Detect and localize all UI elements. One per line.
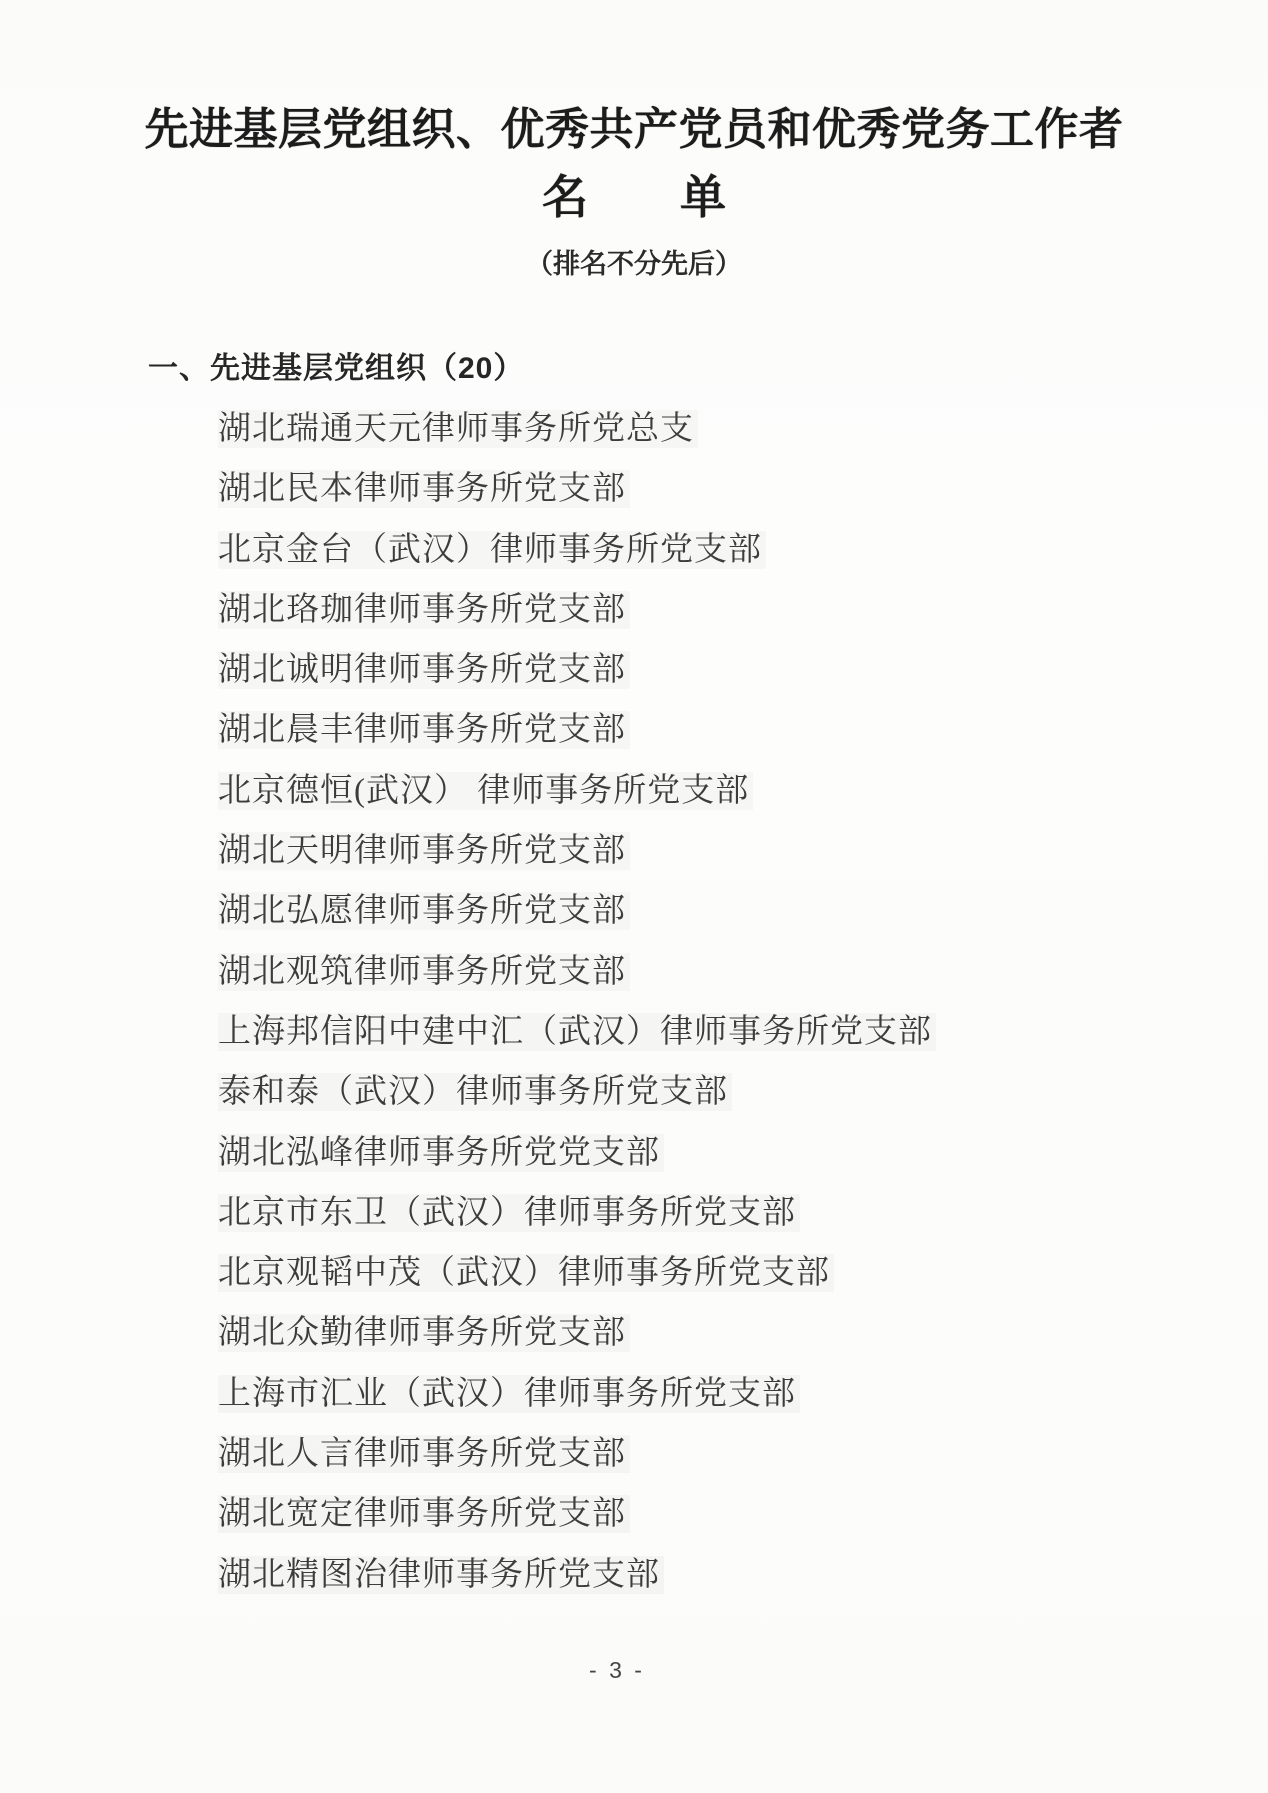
organization-list-item: 湖北民本律师事务所党支部 bbox=[218, 459, 936, 519]
organization-name: 湖北观筑律师事务所党支部 bbox=[218, 953, 630, 991]
section-heading: 一、先进基层党组织（20） bbox=[148, 348, 524, 390]
organization-list-item: 湖北人言律师事务所党支部 bbox=[218, 1424, 936, 1484]
organization-list-item: 北京观韬中茂（武汉）律师事务所党支部 bbox=[218, 1243, 936, 1303]
organization-name: 湖北天明律师事务所党支部 bbox=[218, 832, 630, 870]
organization-list-item: 湖北晨丰律师事务所党支部 bbox=[218, 700, 936, 760]
organization-name: 湖北弘愿律师事务所党支部 bbox=[218, 892, 630, 930]
organization-list-item: 湖北精图治律师事务所党支部 bbox=[218, 1545, 936, 1605]
organization-name: 湖北泓峰律师事务所党党支部 bbox=[218, 1134, 664, 1172]
organization-list: 湖北瑞通天元律师事务所党总支湖北民本律师事务所党支部北京金台（武汉）律师事务所党… bbox=[218, 399, 936, 1605]
organization-name: 湖北民本律师事务所党支部 bbox=[218, 470, 630, 508]
organization-list-item: 北京市东卫（武汉）律师事务所党支部 bbox=[218, 1183, 936, 1243]
organization-list-item: 湖北泓峰律师事务所党党支部 bbox=[218, 1123, 936, 1183]
organization-list-item: 湖北观筑律师事务所党支部 bbox=[218, 942, 936, 1002]
organization-name: 湖北晨丰律师事务所党支部 bbox=[218, 711, 630, 749]
document-page: 先进基层党组织、优秀共产党员和优秀党务工作者 名 单 （排名不分先后） 一、先进… bbox=[0, 0, 1268, 1793]
organization-name: 湖北瑞通天元律师事务所党总支 bbox=[218, 410, 698, 448]
organization-list-item: 湖北天明律师事务所党支部 bbox=[218, 821, 936, 881]
organization-name: 上海市汇业（武汉）律师事务所党支部 bbox=[218, 1375, 800, 1413]
organization-list-item: 北京德恒(武汉） 律师事务所党支部 bbox=[218, 761, 936, 821]
organization-list-item: 湖北弘愿律师事务所党支部 bbox=[218, 881, 936, 941]
organization-name: 湖北人言律师事务所党支部 bbox=[218, 1435, 630, 1473]
organization-list-item: 湖北宽定律师事务所党支部 bbox=[218, 1484, 936, 1544]
organization-list-item: 湖北瑞通天元律师事务所党总支 bbox=[218, 399, 936, 459]
ranking-note: （排名不分先后） bbox=[0, 244, 1268, 284]
organization-name: 北京市东卫（武汉）律师事务所党支部 bbox=[218, 1194, 800, 1232]
organization-name: 湖北珞珈律师事务所党支部 bbox=[218, 591, 630, 629]
document-title-line2: 名 单 bbox=[0, 170, 1268, 226]
organization-name: 北京金台（武汉）律师事务所党支部 bbox=[218, 531, 766, 569]
organization-name: 湖北众勤律师事务所党支部 bbox=[218, 1314, 630, 1352]
organization-list-item: 湖北珞珈律师事务所党支部 bbox=[218, 580, 936, 640]
organization-name: 北京德恒(武汉） 律师事务所党支部 bbox=[218, 772, 753, 810]
document-title: 先进基层党组织、优秀共产党员和优秀党务工作者 bbox=[0, 100, 1268, 160]
organization-list-item: 上海邦信阳中建中汇（武汉）律师事务所党支部 bbox=[218, 1002, 936, 1062]
organization-list-item: 泰和泰（武汉）律师事务所党支部 bbox=[218, 1062, 936, 1122]
organization-name: 湖北精图治律师事务所党支部 bbox=[218, 1556, 664, 1594]
organization-list-item: 湖北诚明律师事务所党支部 bbox=[218, 640, 936, 700]
organization-list-item: 北京金台（武汉）律师事务所党支部 bbox=[218, 520, 936, 580]
organization-name: 湖北诚明律师事务所党支部 bbox=[218, 651, 630, 689]
organization-name: 北京观韬中茂（武汉）律师事务所党支部 bbox=[218, 1254, 834, 1292]
organization-list-item: 上海市汇业（武汉）律师事务所党支部 bbox=[218, 1364, 936, 1424]
organization-name: 泰和泰（武汉）律师事务所党支部 bbox=[218, 1073, 732, 1111]
page-number: - 3 - bbox=[0, 1655, 1234, 1685]
organization-name: 上海邦信阳中建中汇（武汉）律师事务所党支部 bbox=[218, 1013, 936, 1051]
organization-list-item: 湖北众勤律师事务所党支部 bbox=[218, 1303, 936, 1363]
organization-name: 湖北宽定律师事务所党支部 bbox=[218, 1495, 630, 1533]
